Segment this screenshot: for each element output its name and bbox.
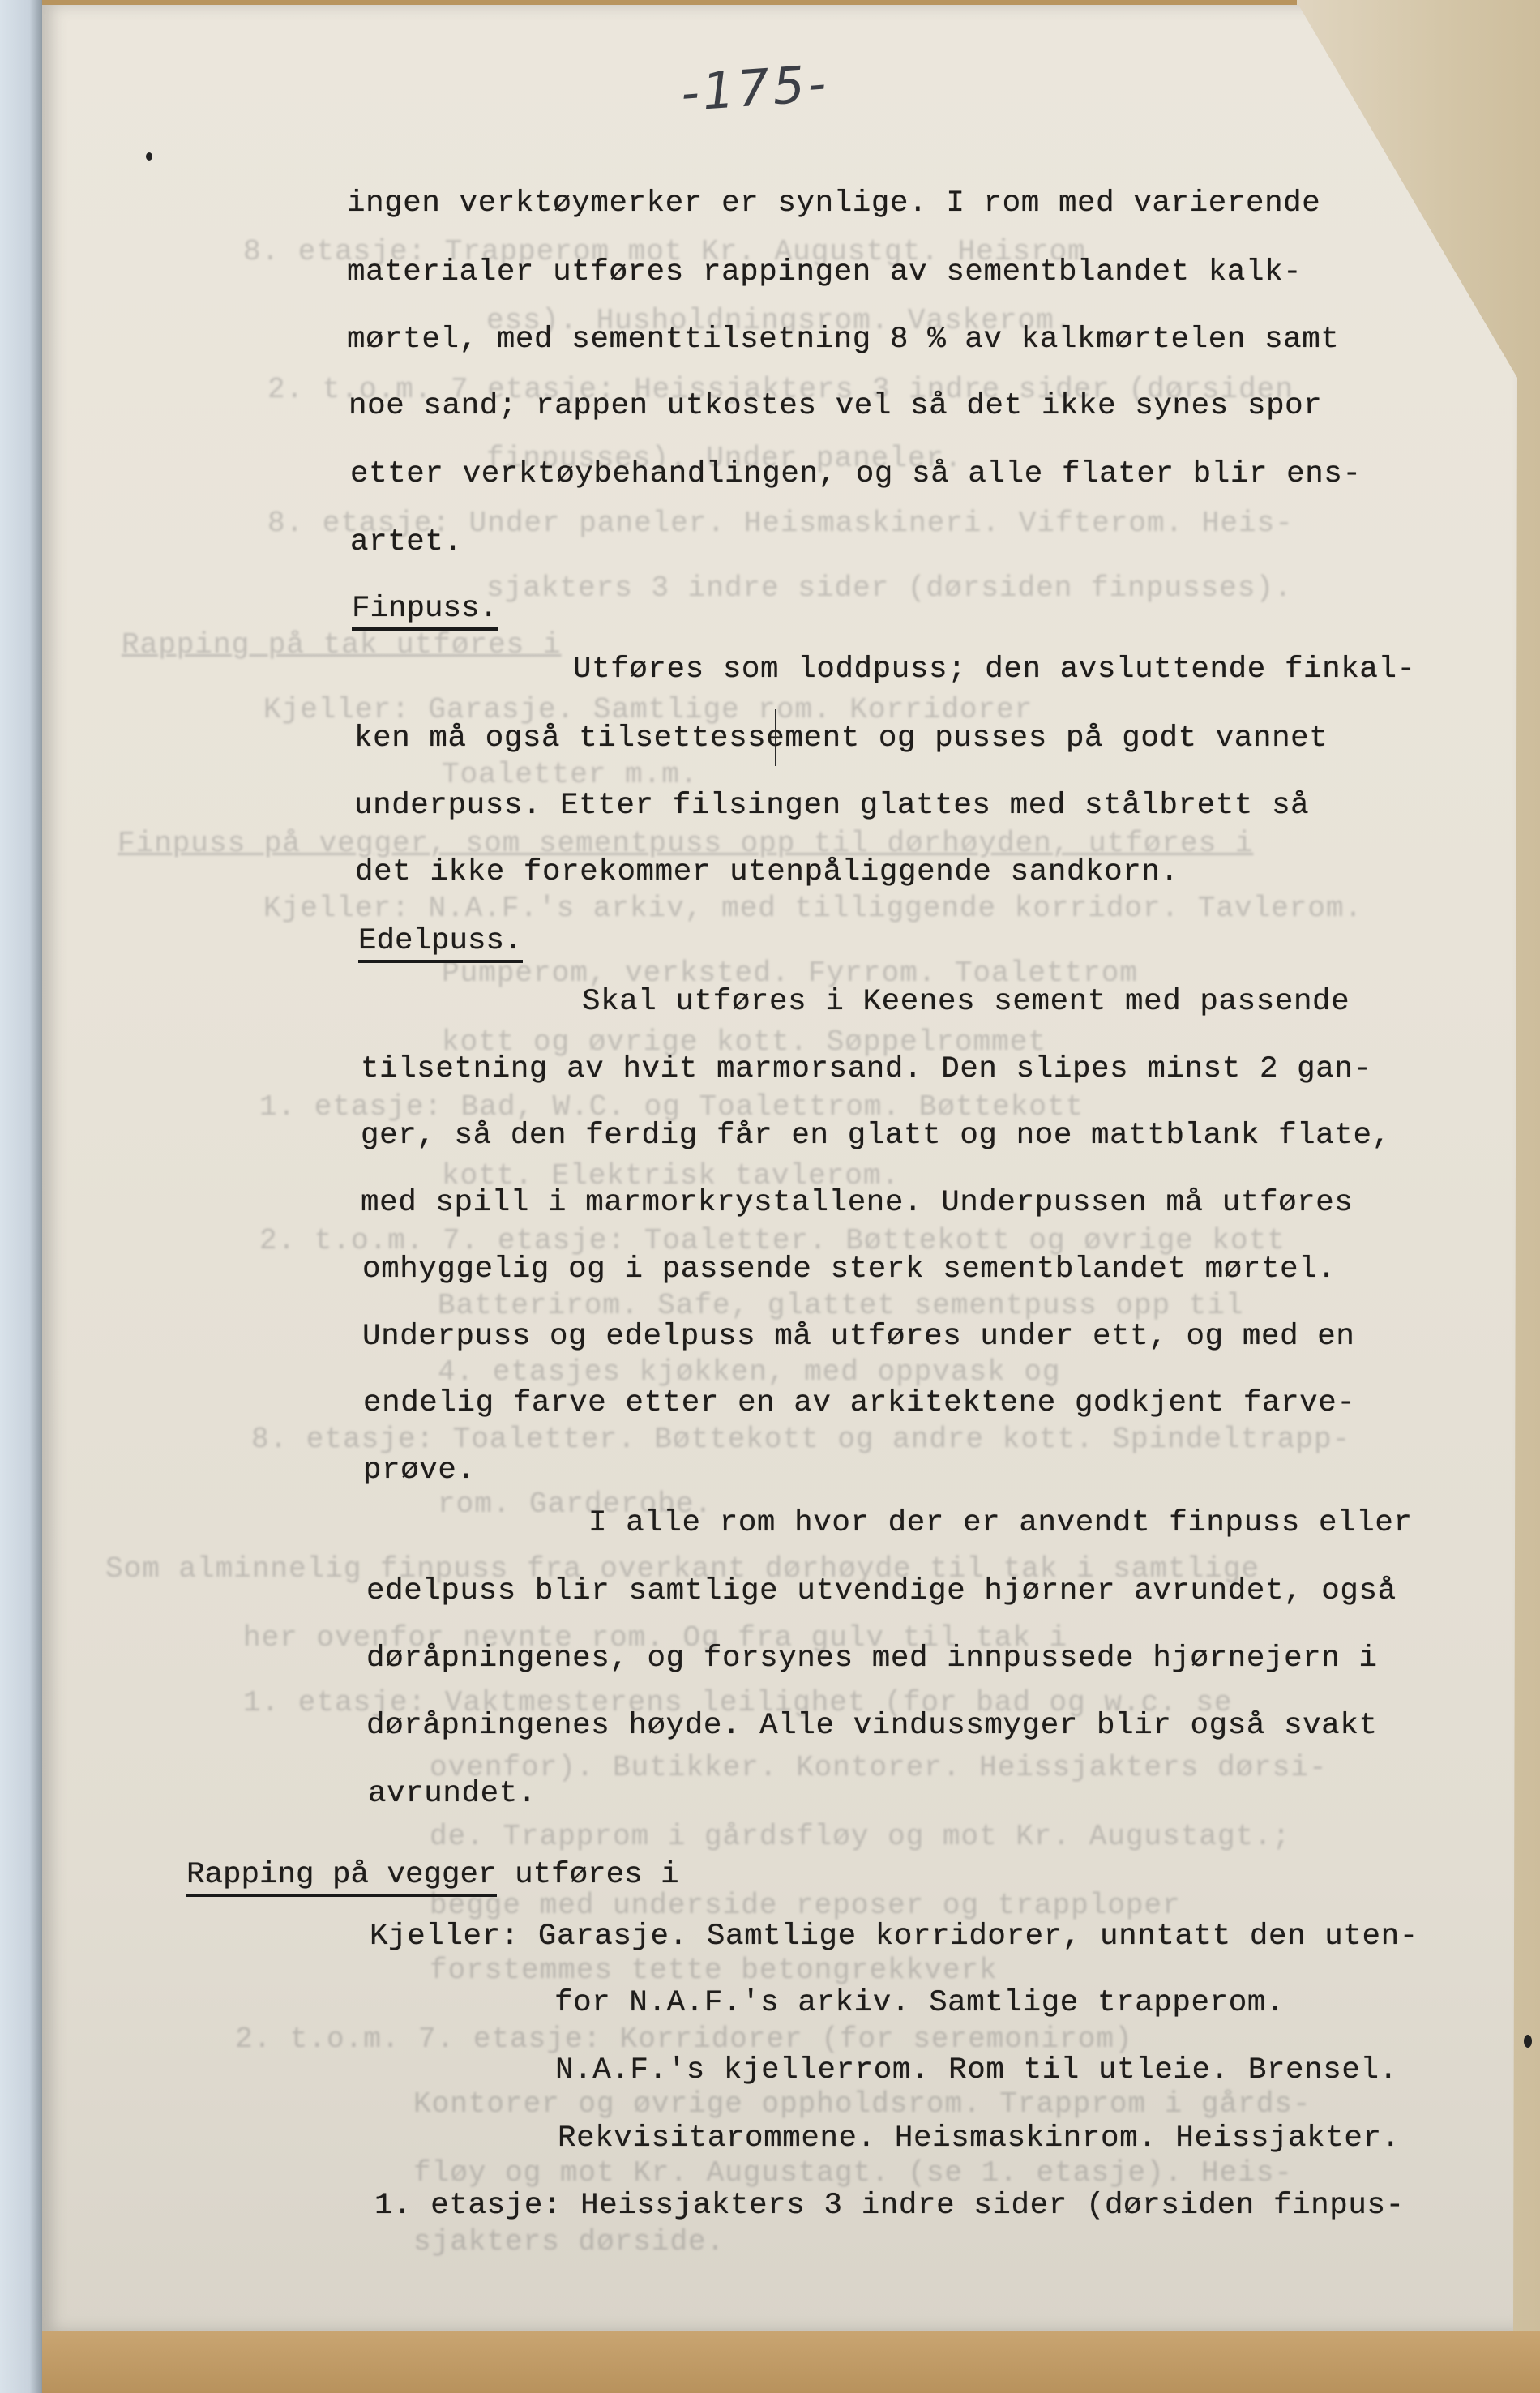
text-line: Skal utføres i Keenes sement med passend… — [582, 985, 1350, 1019]
text-line: underpuss. Etter filsingen glattes med s… — [354, 789, 1309, 823]
text-line: etter verktøybehandlingen, og så alle fl… — [350, 457, 1362, 491]
left-background-edge — [0, 0, 42, 2393]
section-heading-rapping-vegger: Rapping på vegger utføres i — [186, 1858, 679, 1892]
text-line: endelig farve etter en av arkitektene go… — [363, 1386, 1356, 1420]
ghost-line: Toaletter m.m. — [442, 758, 698, 791]
ghost-line: fløy og mot Kr. Augustagt. (se 1. etasje… — [413, 2156, 1293, 2190]
heading-text: Finpuss. — [352, 592, 498, 631]
text-line: 1. etasje: Heissjakters 3 indre sider (d… — [374, 2189, 1405, 2223]
ghost-line: sjakters dørside. — [413, 2225, 725, 2258]
heading-text: Edelpuss. — [358, 924, 523, 963]
ghost-line: 8. etasje: Toaletter. Bøttekott og andre… — [251, 1423, 1350, 1456]
folder-bottom-edge — [42, 2331, 1540, 2393]
ink-spot — [146, 152, 152, 161]
text-line: ger, så den ferdig får en glatt og noe m… — [361, 1119, 1391, 1153]
section-heading-edelpuss: Edelpuss. — [358, 924, 523, 958]
page-number: -175- — [679, 54, 832, 123]
text-line: for N.A.F.'s arkiv. Samtlige trapperom. — [554, 1986, 1285, 2020]
text-line: Rekvisitarommene. Heismaskinrom. Heissja… — [558, 2121, 1401, 2155]
text-line: døråpningenes høyde. Alle vindussmyger b… — [366, 1709, 1378, 1743]
ghost-line: sjakters 3 indre sider (dørsiden finpuss… — [486, 571, 1293, 605]
text-line: døråpningenes, og forsynes med innpussed… — [366, 1642, 1378, 1676]
pencil-mark — [775, 709, 776, 766]
text-line: tilsetning av hvit marmorsand. Den slipe… — [361, 1052, 1372, 1086]
text-line: materialer utføres rappingen av sementbl… — [347, 255, 1302, 289]
ink-spot — [1524, 2035, 1532, 2048]
ghost-line: ovenfor). Butikker. Kontorer. Heissjakte… — [430, 1751, 1328, 1784]
text-line: prøve. — [363, 1453, 476, 1488]
text-line: avrundet. — [368, 1777, 537, 1811]
text-line: Underpuss og edelpuss må utføres under e… — [362, 1320, 1355, 1354]
heading-suffix: utføres i — [497, 1858, 679, 1892]
heading-text: Rapping på vegger — [186, 1858, 497, 1897]
text-line: omhyggelig og i passende sterk sementbla… — [362, 1252, 1336, 1286]
text-line: Utføres som loddpuss; den avsluttende fi… — [573, 653, 1416, 687]
ghost-line: 4. etasjes kjøkken, med oppvask og — [438, 1355, 1061, 1389]
ghost-line: Batterirom. Safe, glattet sementpuss opp… — [438, 1289, 1244, 1322]
text-line: ken må også tilsettessement og pusses på… — [354, 721, 1328, 756]
ghost-line: 2. t.o.m. 7. etasje: Korridorer (for ser… — [235, 2023, 1133, 2056]
text-line: det ikke forekommer utenpåliggende sandk… — [355, 855, 1179, 889]
section-heading-finpuss: Finpuss. — [352, 592, 498, 626]
ghost-line: Rapping på tak utføres i — [122, 628, 561, 661]
ghost-line: forstemmes tette betongrekkverk — [430, 1954, 998, 1987]
text-line: I alle rom hvor der er anvendt finpuss e… — [588, 1506, 1413, 1540]
text-line: mørtel, med sementtilsetning 8 % av kalk… — [347, 323, 1340, 357]
ghost-line: de. Trapprom i gårdsfløy og mot Kr. Augu… — [430, 1820, 1290, 1853]
text-line: artet. — [350, 525, 463, 559]
text-line: noe sand; rappen utkostes vel så det ikk… — [349, 389, 1322, 423]
ghost-line: Kjeller: N.A.F.'s arkiv, med tilliggende… — [263, 892, 1362, 925]
text-line: Kjeller: Garasje. Samtlige korridorer, u… — [370, 1920, 1418, 1954]
text-line: N.A.F.'s kjellerrom. Rom til utleie. Bre… — [555, 2053, 1398, 2087]
text-line: edelpuss blir samtlige utvendige hjørner… — [366, 1574, 1397, 1608]
text-line: med spill i marmorkrystallene. Underpuss… — [361, 1186, 1354, 1220]
ghost-line: begge med underside reposer og trapplope… — [430, 1889, 1181, 1922]
ghost-line: Kontorer og øvrige oppholdsrom. Trapprom… — [413, 2087, 1311, 2121]
text-line: ingen verktøymerker er synlige. I rom me… — [347, 186, 1320, 220]
